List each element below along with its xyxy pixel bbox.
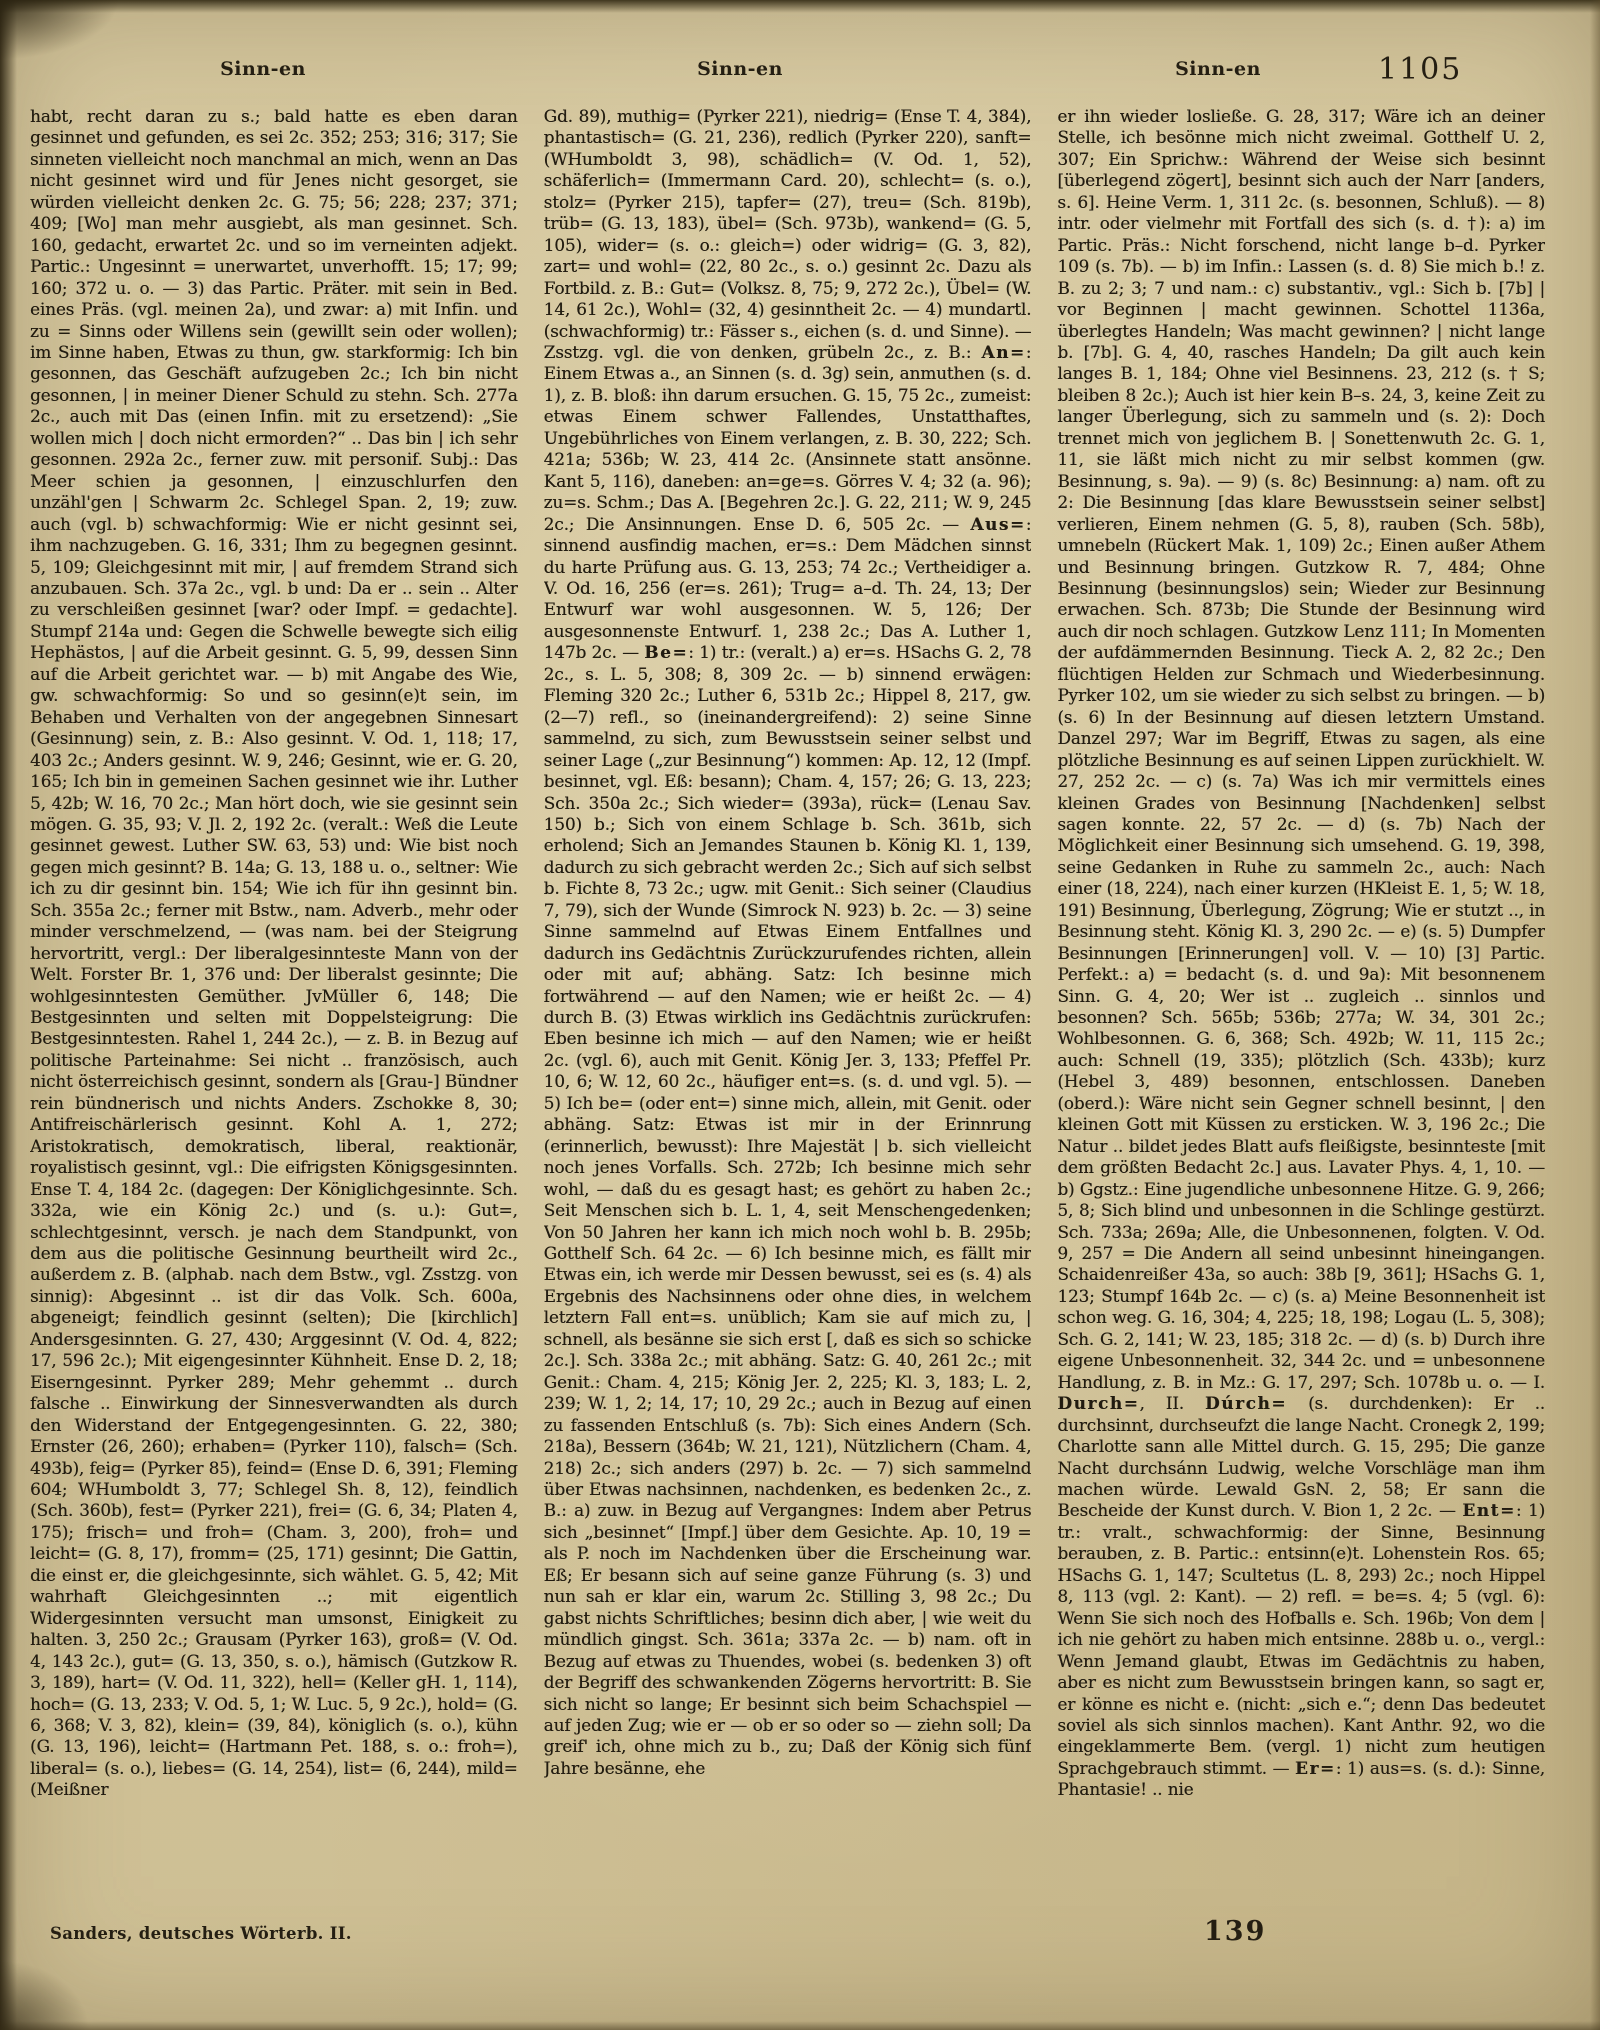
page-number: 1105: [1378, 52, 1462, 87]
text-column-1: habt, recht daran zu s.; bald hatte es e…: [30, 106, 518, 1930]
scan-corner-bottom-left: [0, 1960, 90, 2030]
scan-edge-top: [0, 0, 1600, 13]
running-title-column3: Sinn-en: [1175, 58, 1261, 80]
text-column-3: er ihn wieder losließe. G. 28, 317; Wäre…: [1057, 106, 1545, 1930]
scan-corner-top-left: [0, 0, 120, 60]
scanned-dictionary-page: Sinn-en Sinn-en Sinn-en 1105 habt, recht…: [0, 0, 1600, 2030]
scan-edge-bottom: [0, 2021, 1600, 2030]
footer-imprint: Sanders, deutsches Wörterb. II.: [50, 1924, 352, 1943]
scan-edge-left: [0, 0, 17, 2030]
scan-edge-right: [1590, 0, 1600, 2030]
running-title-column2: Sinn-en: [697, 58, 783, 80]
running-title-column1: Sinn-en: [220, 58, 306, 80]
text-columns: habt, recht daran zu s.; bald hatte es e…: [30, 106, 1545, 1930]
sheet-signature-number: 139: [1204, 1916, 1266, 1947]
text-column-2: Gd. 89), muthig= (Pyrker 221), niedrig= …: [544, 106, 1032, 1930]
